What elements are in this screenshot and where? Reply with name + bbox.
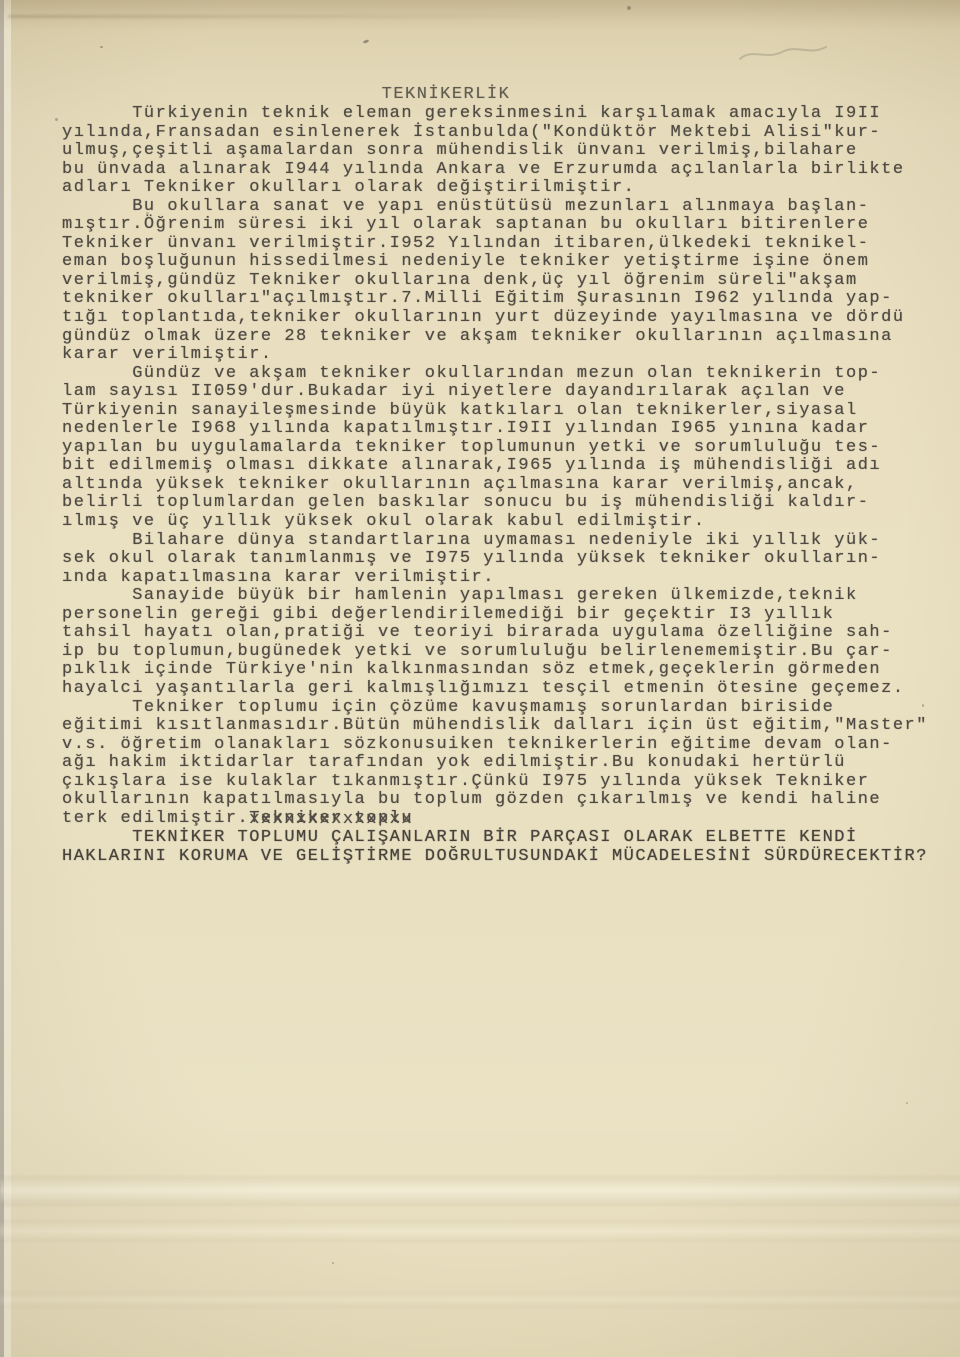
paper-speck: [906, 1102, 908, 1104]
line-with-strikeout: terk edilmiştir.Tekniker topluxxxxxxxxxx…: [62, 810, 413, 829]
document-title: TEKNİKERLİK: [0, 86, 892, 105]
paper-speck: [363, 39, 370, 44]
scanned-typewritten-page: TEKNİKERLİK Türkiyenin teknik eleman ger…: [0, 0, 960, 1357]
page-top-crease: [8, 15, 568, 18]
page-left-edge-highlight: [4, 0, 11, 1357]
paper-crease: [0, 1176, 960, 1206]
struck-out-text: Tekniker topluxxxxxxxxxxxxxx: [249, 810, 413, 829]
page-top-shading: [0, 0, 960, 36]
strikeout-x-overlay: xxxxxxxxxxxxxx: [249, 811, 413, 830]
faint-pencil-smudge: [738, 40, 830, 66]
document-closing-statement: TEKNİKER TOPLUMU ÇALIŞANLARIN BİR PARÇAS…: [62, 829, 928, 866]
paper-crease: [0, 1220, 960, 1242]
paper-crease: [0, 1292, 960, 1308]
paper-speck: [55, 118, 58, 121]
strike-line-prefix: terk edilmiştir.: [62, 809, 249, 828]
paper-speck: [332, 1262, 334, 1264]
document-body-text: Türkiyenin teknik eleman gereksinmesini …: [62, 105, 928, 810]
paper-speck: [627, 6, 631, 10]
paper-speck: [100, 46, 103, 48]
